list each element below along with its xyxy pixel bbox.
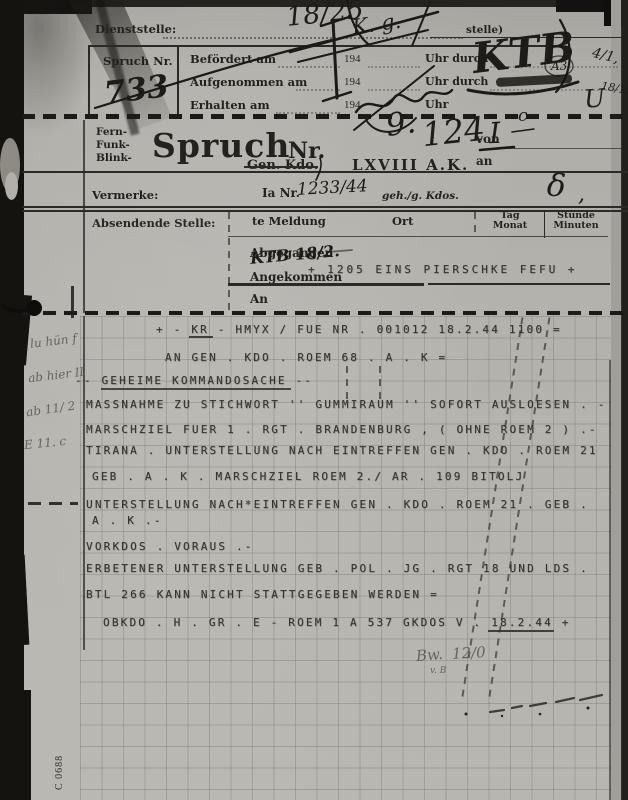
crease-dash-4 bbox=[379, 366, 381, 400]
message-line: MARSCHZIEL FUER 1 . RGT . BRANDENBURG , … bbox=[86, 423, 598, 436]
table-header-underline bbox=[228, 236, 608, 237]
dienststelle-line bbox=[163, 37, 463, 39]
table-divider-3 bbox=[544, 212, 545, 238]
hw-von-g: 9. bbox=[384, 104, 418, 144]
message-line: GEB . A . K . MARSCHZIEL ROEM 2./ AR . 1… bbox=[92, 470, 524, 483]
message-line: OBKDO . H . GR . E - ROEM 1 A 537 GKDOS … bbox=[103, 616, 571, 629]
aufgenommen-dotline bbox=[296, 89, 340, 91]
message-line: ERBETENER UNTERSTELLUNG GEB . POL . JG .… bbox=[86, 562, 589, 575]
scanned-telegram-form: Dienststelle: stelle) Spruch Nr. 733 Bef… bbox=[0, 0, 628, 800]
funk-label: Funk- bbox=[96, 139, 130, 151]
blink-label: Blink- bbox=[96, 152, 132, 164]
fern-label: Fern- bbox=[96, 126, 127, 138]
message-line: A . K .- bbox=[92, 514, 163, 527]
aufgenommen-year: 194 bbox=[344, 76, 361, 88]
hw-a3-mark: A3 bbox=[551, 59, 567, 73]
col-absendende-stelle: Absendende Stelle: bbox=[92, 216, 215, 230]
row-an: An bbox=[250, 292, 268, 306]
margin-dash-segment bbox=[28, 502, 78, 505]
scan-edge-left-column bbox=[0, 0, 24, 800]
table-divider-2 bbox=[474, 212, 476, 238]
aufgenommen-dotline2 bbox=[368, 89, 420, 91]
typed-receipt-line: + 1205 EINS PIERSCHKE FEFU + bbox=[308, 263, 577, 276]
col-minuten-label: Minuten bbox=[546, 221, 606, 231]
col-ort: Ort bbox=[392, 214, 413, 228]
an-label: an bbox=[476, 154, 493, 168]
message-line: -- GEHEIME KOMMANDOSACHE -- bbox=[75, 374, 313, 387]
hw-von-124: 124 bbox=[420, 109, 487, 154]
pencil-note-bw: Bw. bbox=[415, 645, 443, 665]
message-line: BTL 266 KANN NICHT STATTGEGEBEN WERDEN = bbox=[86, 588, 439, 601]
section-rule-1 bbox=[22, 171, 628, 173]
spruch-nr-label: Spruch Nr. bbox=[103, 54, 173, 68]
crease-dash-3 bbox=[346, 366, 348, 400]
befoerdert-year: 194 bbox=[344, 53, 361, 65]
uhr-label: Uhr bbox=[425, 98, 448, 111]
scan-edge-left-bump-3 bbox=[14, 690, 31, 800]
body-left-artifact bbox=[71, 286, 74, 318]
left-edge-blob-lighter bbox=[5, 172, 18, 200]
angekommen-underline-bold bbox=[228, 283, 424, 286]
message-line: TIRANA . UNTERSTELLUNG NACH EINTREFFEN G… bbox=[86, 444, 598, 457]
message-line: AN GEN . KDO . ROEM 68 . A . K = bbox=[165, 351, 447, 364]
underline-kr bbox=[189, 336, 213, 338]
vermerke-label: Vermerke: bbox=[92, 188, 158, 202]
dashed-separator-2 bbox=[22, 311, 628, 315]
dienststelle-label: Dienststelle: bbox=[95, 22, 176, 36]
befoerdert-label: Befördert am bbox=[190, 52, 276, 66]
paper-right-edge-shade bbox=[611, 0, 621, 800]
message-line: + - KR - HMYX / FUE NR . 001012 18.2.44 … bbox=[156, 323, 562, 336]
geh-kdos-label: geh./g. Kdos. bbox=[382, 190, 459, 202]
hw-delta-comma: , bbox=[578, 182, 585, 207]
table-divider-1 bbox=[228, 212, 230, 312]
col-stunde-minuten: Stunde Minuten bbox=[546, 211, 606, 231]
pencil-note-number: 12/0 bbox=[452, 643, 487, 663]
underline-geheime bbox=[101, 388, 291, 390]
gen-kdo-strikethrough bbox=[244, 166, 318, 168]
message-line: VORKDOS . VORAUS .- bbox=[86, 540, 254, 553]
befoerdert-dotline bbox=[278, 66, 340, 68]
form-number-vertical: C 0688 bbox=[54, 755, 65, 790]
underline-date bbox=[488, 630, 554, 632]
double-rule-top bbox=[22, 206, 628, 208]
message-line: UNTERSTELLUNG NACH*EINTREFFEN GEN . KDO … bbox=[86, 498, 589, 511]
hw-von-c: c bbox=[518, 106, 528, 126]
col-monat-label: Monat bbox=[480, 221, 540, 231]
hw-von-roman: I bbox=[488, 116, 501, 151]
befoerdert-dotline2 bbox=[368, 66, 420, 68]
erhalten-label: Erhalten am bbox=[190, 98, 270, 112]
scan-edge-right-strip bbox=[621, 0, 628, 800]
hw-delta-mark: δ bbox=[546, 167, 567, 204]
angekommen-underline-thin bbox=[428, 283, 610, 285]
pencil-note-vb: v. B bbox=[430, 666, 446, 676]
spruchnr-box-left bbox=[88, 45, 90, 115]
col-tag-monat: Tag Monat bbox=[480, 211, 540, 231]
ia-nr-label: Ia Nr. bbox=[262, 186, 300, 200]
spruchnr-box-divider bbox=[177, 45, 179, 115]
col-te-meldung: te Meldung bbox=[252, 214, 326, 228]
von-line bbox=[498, 148, 622, 149]
aufgenommen-label: Aufgenommen am bbox=[190, 75, 307, 89]
paper-right-edge-line bbox=[609, 360, 611, 800]
dashed-separator-1 bbox=[22, 114, 628, 119]
ia-nr-value-handwritten: 1233/44 bbox=[297, 176, 369, 200]
section-left-border bbox=[83, 120, 85, 313]
message-line: MASSNAHME ZU STICHWORT '' GUMMIRAUM '' S… bbox=[86, 398, 607, 411]
erhalten-year: 194 bbox=[344, 99, 361, 111]
